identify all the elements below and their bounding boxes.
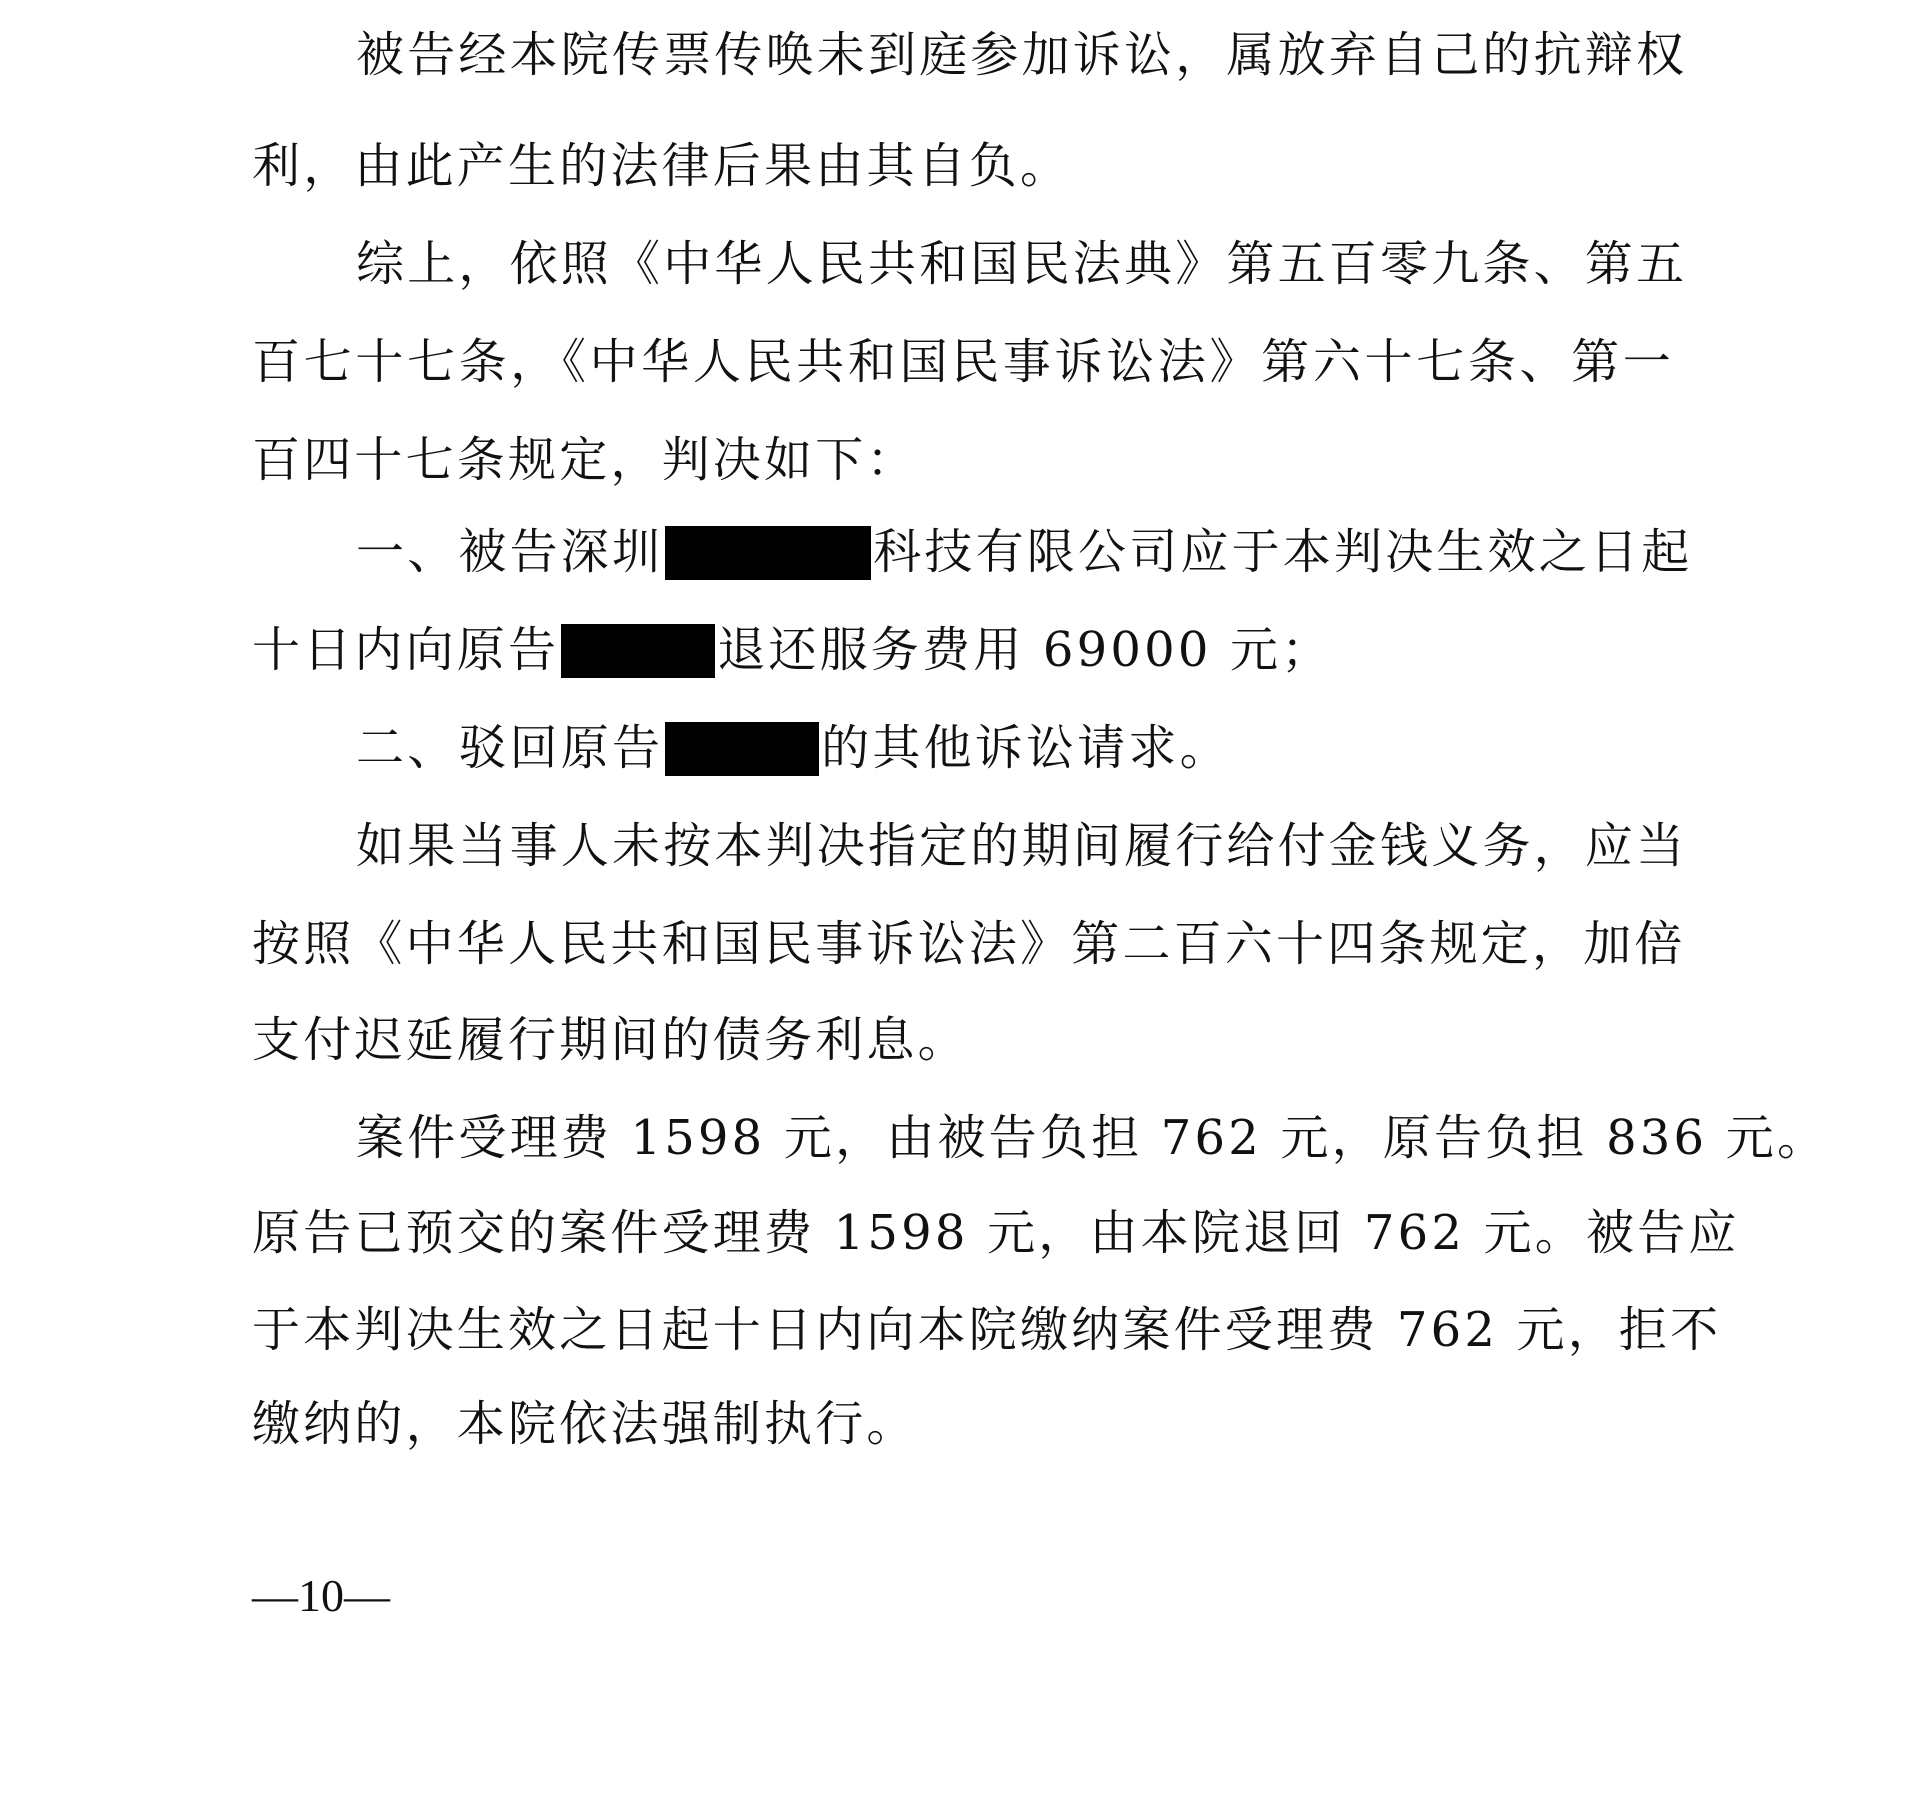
text-segment: 一、被告深圳: [356, 524, 663, 580]
text-segment: 的其他诉讼请求。: [821, 720, 1231, 776]
text-segment: 科技有限公司应于本判决生效之日起: [873, 524, 1692, 580]
text-segment: 退还服务费用 69000 元；: [717, 622, 1332, 678]
text-segment: 十日内向原告: [252, 622, 559, 678]
paragraph-line: 缴纳的，本院依法强制执行。: [252, 1394, 1674, 1454]
paragraph-line: 被告经本院传票传唤未到庭参加诉讼，属放弃自己的抗辩权: [356, 25, 1674, 85]
paragraph-line: 原告已预交的案件受理费 1598 元，由本院退回 762 元。被告应: [252, 1203, 1674, 1263]
redaction-box-plaintiff: [561, 624, 715, 678]
paragraph-line: 按照《中华人民共和国民事诉讼法》第二百六十四条规定，加倍: [252, 914, 1674, 974]
paragraph-line: 综上，依照《中华人民共和国民法典》第五百零九条、第五: [356, 234, 1674, 294]
paragraph-line: 利，由此产生的法律后果由其自负。: [252, 136, 1674, 196]
judgment-item-one-line: 十日内向原告退还服务费用 69000 元；: [252, 620, 1674, 680]
paragraph-line: 于本判决生效之日起十日内向本院缴纳案件受理费 762 元，拒不: [252, 1300, 1674, 1360]
paragraph-line: 案件受理费 1598 元，由被告负担 762 元，原告负担 836 元。: [356, 1108, 1674, 1168]
document-page: 被告经本院传票传唤未到庭参加诉讼，属放弃自己的抗辩权 利，由此产生的法律后果由其…: [0, 0, 1920, 1815]
redaction-box-company: [665, 526, 871, 580]
paragraph-line: 支付迟延履行期间的债务利息。: [252, 1010, 1674, 1070]
text-segment: 二、驳回原告: [356, 720, 663, 776]
judgment-item-two-line: 二、驳回原告的其他诉讼请求。: [356, 718, 1674, 778]
paragraph-line: 百四十七条规定，判决如下：: [252, 430, 1674, 490]
redaction-box-plaintiff: [665, 722, 819, 776]
paragraph-line: 如果当事人未按本判决指定的期间履行给付金钱义务，应当: [356, 816, 1674, 876]
page-number: —10—: [252, 1568, 390, 1624]
paragraph-line: 百七十七条，《中华人民共和国民事诉讼法》第六十七条、第一: [252, 332, 1674, 392]
judgment-item-one-line: 一、被告深圳科技有限公司应于本判决生效之日起: [356, 522, 1674, 582]
